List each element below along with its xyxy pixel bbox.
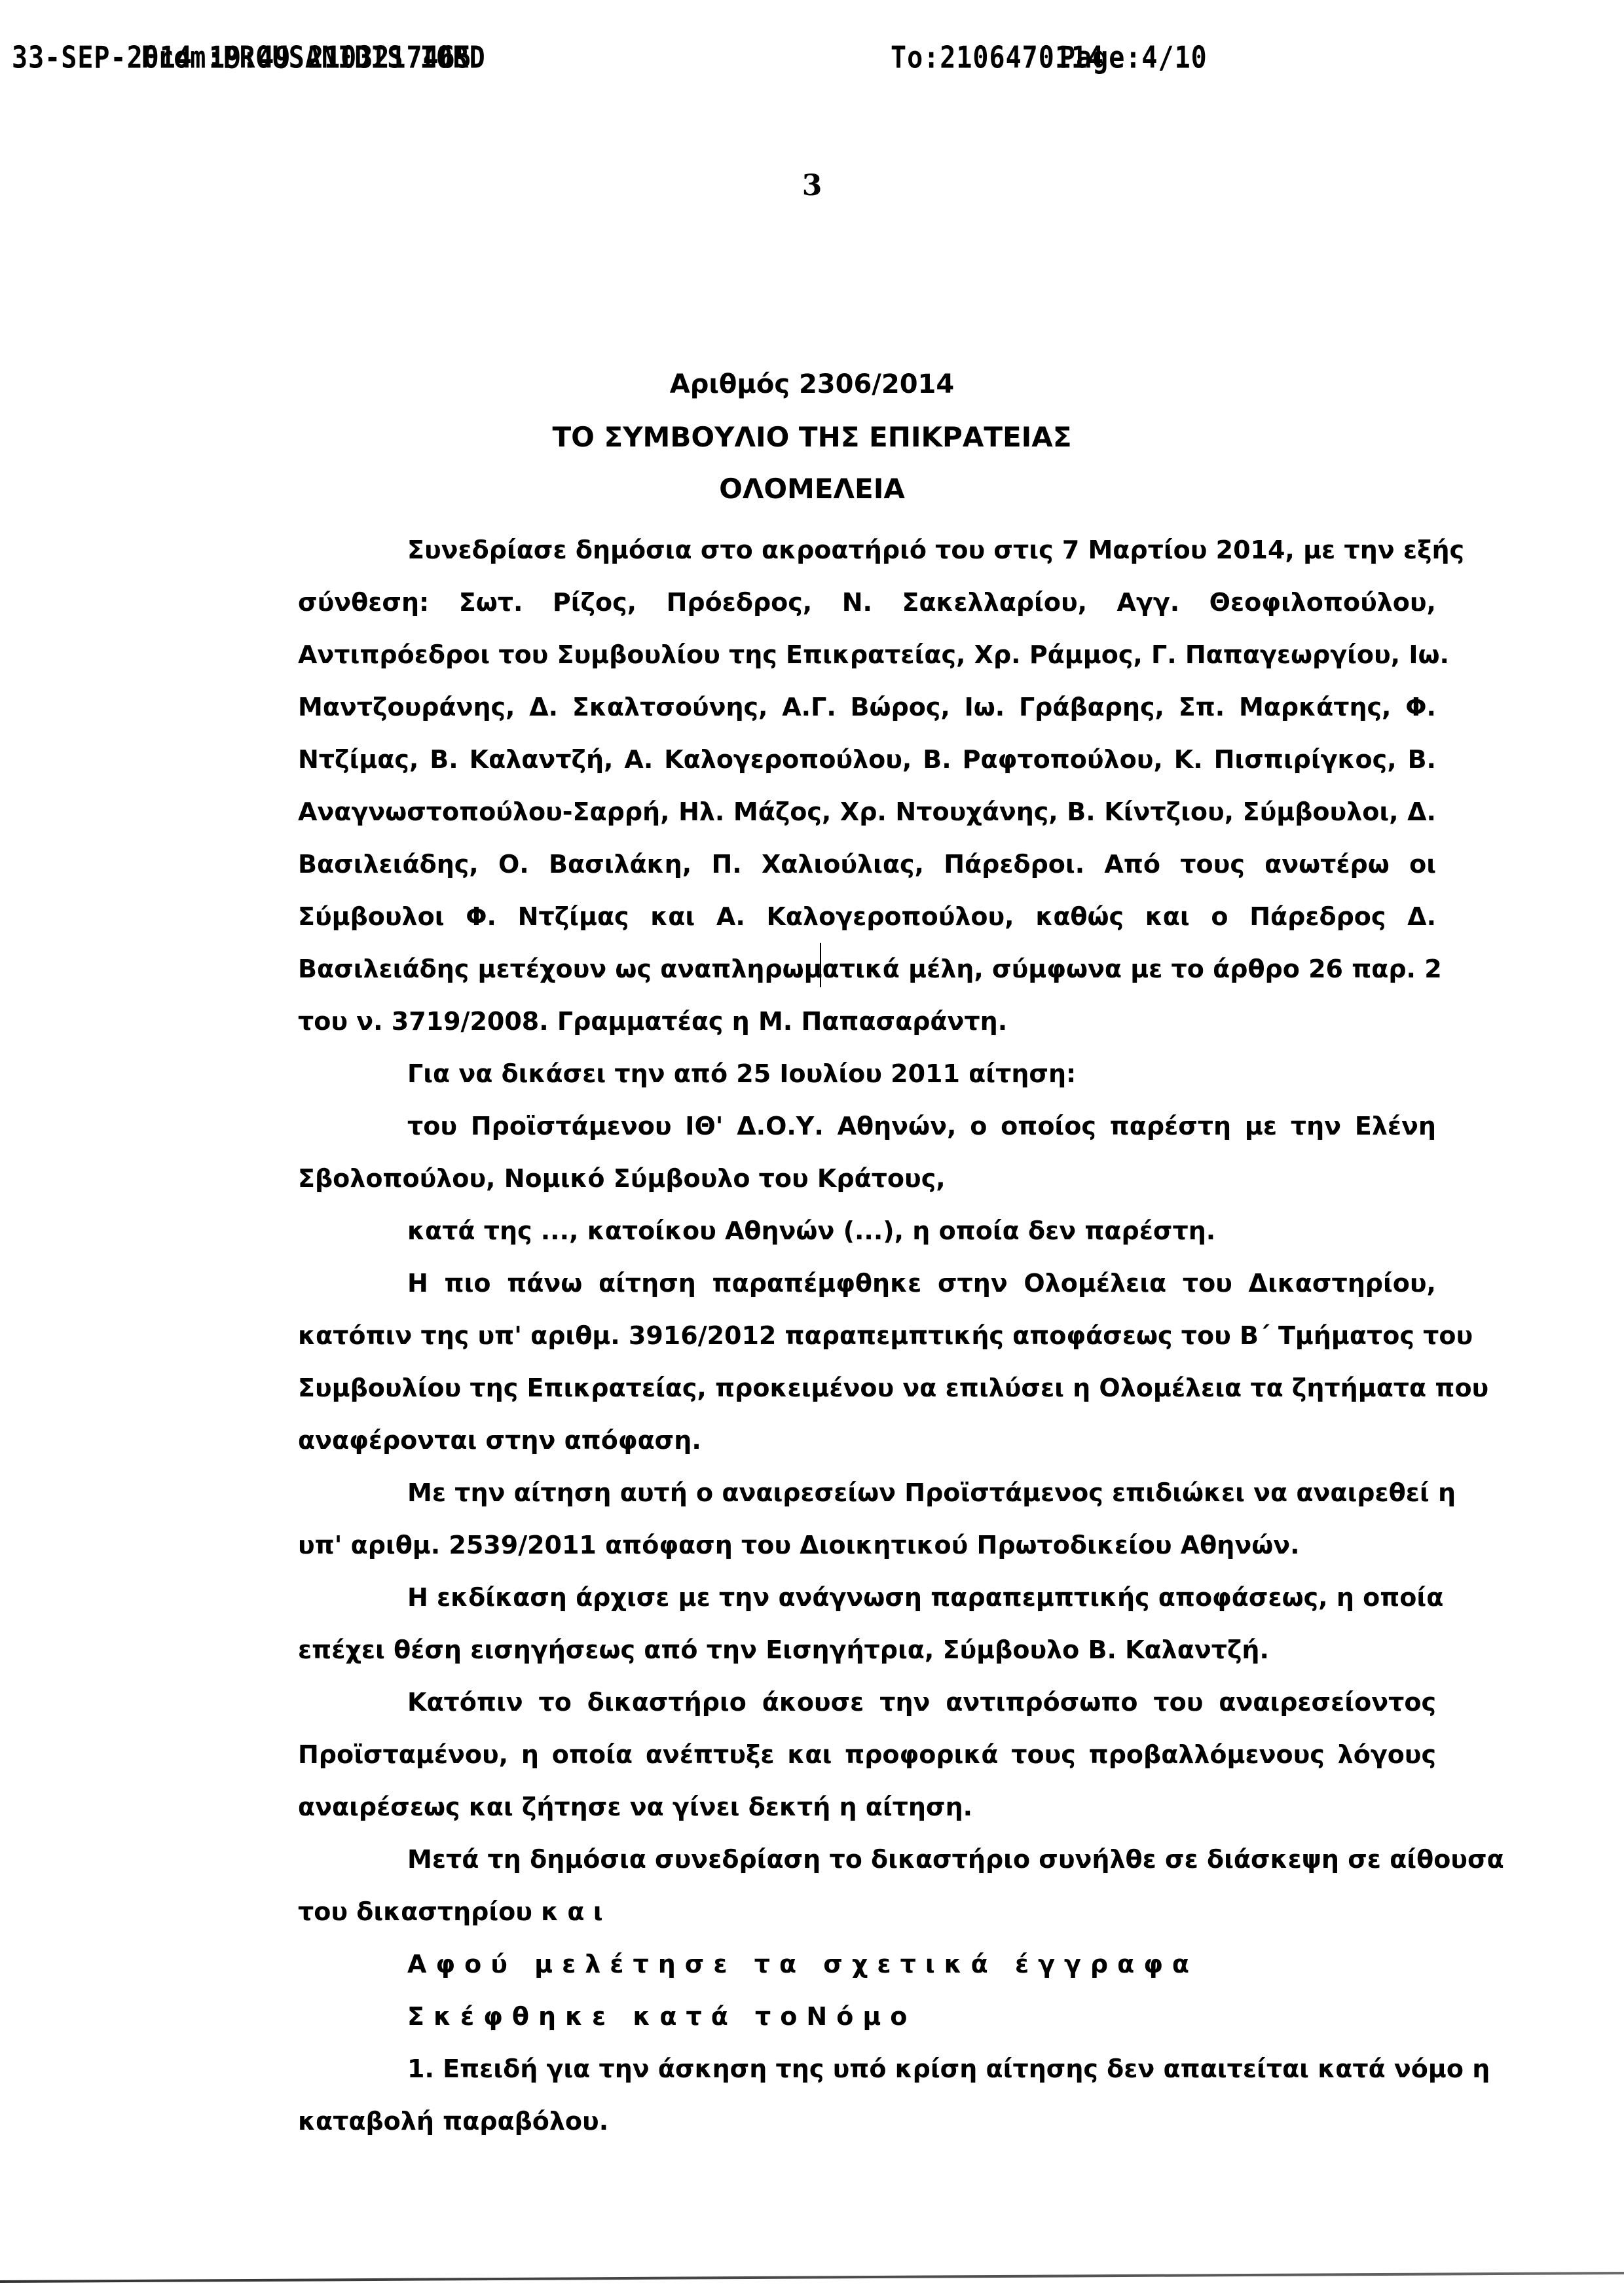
text-line: Αφού μελέτησε τα σχετικά έγγραφα xyxy=(298,1938,1436,1990)
text-line: Σκέφθηκε κατά τοΝόμο xyxy=(298,1990,1436,2043)
text-line: Συνεδρίασε δημόσια στο ακροατήριό του στ… xyxy=(298,524,1436,576)
text-line: του δικαστηρίου κ α ι xyxy=(298,1886,1436,1938)
fax-transmission-header: 33-SEP-2014 19:49 From:PROUSANIDIS IORD … xyxy=(0,41,1624,73)
text-line: Για να δικάσει την από 25 Ιουλίου 2011 α… xyxy=(298,1048,1436,1100)
text-line: Σύμβουλοι Φ. Ντζίμας και Α. Καλογεροπούλ… xyxy=(298,890,1436,943)
text-line: Αντιπρόεδροι του Συμβουλίου της Επικρατε… xyxy=(298,629,1436,681)
decision-body: Συνεδρίασε δημόσια στο ακροατήριό του στ… xyxy=(298,524,1436,2147)
text-line: Βασιλειάδης, Ο. Βασιλάκη, Π. Χαλιούλιας,… xyxy=(298,838,1436,890)
text-line: αναιρέσεως και ζήτησε να γίνει δεκτή η α… xyxy=(298,1781,1436,1833)
fax-sender-phone: 2103217465 xyxy=(308,41,472,75)
text-line: Συμβουλίου της Επικρατείας, προκειμένου … xyxy=(298,1362,1436,1414)
text-line: Η πιο πάνω αίτηση παραπέμφθηκε στην Ολομ… xyxy=(298,1257,1436,1309)
text-line: κατά της ..., κατοίκου Αθηνών (...), η ο… xyxy=(298,1205,1436,1257)
text-line: Ντζίμας, Β. Καλαντζή, Α. Καλογεροπούλου,… xyxy=(298,733,1436,786)
decision-number: Αριθμός 2306/2014 xyxy=(0,369,1624,399)
text-line: Προϊσταμένου, η οποία ανέπτυξε και προφο… xyxy=(298,1728,1436,1781)
court-formation: ΟΛΟΜΕΛΕΙΑ xyxy=(0,473,1624,505)
text-line: Μετά τη δημόσια συνεδρίαση το δικαστήριο… xyxy=(298,1833,1436,1886)
text-line: Σβολοπούλου, Νομικό Σύμβουλο του Κράτους… xyxy=(298,1152,1436,1205)
page-number: 3 xyxy=(0,169,1624,202)
court-name: ΤΟ ΣΥΜΒΟΥΛΙΟ ΤΗΣ ΕΠΙΚΡΑΤΕΙΑΣ xyxy=(0,421,1624,453)
text-line: υπ' αριθμ. 2539/2011 απόφαση του Διοικητ… xyxy=(298,1519,1436,1571)
text-line: Με την αίτηση αυτή ο αναιρεσείων Προϊστά… xyxy=(298,1467,1436,1519)
text-line: επέχει θέση εισηγήσεως από την Εισηγήτρι… xyxy=(298,1624,1436,1676)
text-line: του Προϊστάμενου ΙΘ' Δ.Ο.Υ. Αθηνών, ο οπ… xyxy=(298,1100,1436,1152)
text-line: Μαντζουράνης, Δ. Σκαλτσούνης, Α.Γ. Βώρος… xyxy=(298,681,1436,733)
text-line: κατόπιν της υπ' αριθμ. 3916/2012 παραπεμ… xyxy=(298,1309,1436,1362)
text-line: Αναγνωστοπούλου-Σαρρή, Ηλ. Μάζος, Χρ. Ντ… xyxy=(298,786,1436,838)
text-line: αναφέρονται στην απόφαση. xyxy=(298,1414,1436,1467)
text-line: Βασιλειάδης μετέχουν ως αναπληρωματικά μ… xyxy=(298,943,1436,995)
fax-page-count: Page:4/10 xyxy=(1060,41,1208,75)
text-line: Η εκδίκαση άρχισε με την ανάγνωση παραπε… xyxy=(298,1571,1436,1624)
text-line: καταβολή παραβόλου. xyxy=(298,2095,1436,2147)
text-line: Κατόπιν το δικαστήριο άκουσε την αντιπρό… xyxy=(298,1676,1436,1728)
scan-artifact-bottom-line xyxy=(0,2272,1624,2283)
text-line: 1. Επειδή για την άσκηση της υπό κρίση α… xyxy=(298,2043,1436,2095)
text-line: του ν. 3719/2008. Γραμματέας η Μ. Παπασα… xyxy=(298,995,1436,1048)
scan-artifact-mark xyxy=(820,943,821,987)
text-line: σύνθεση: Σωτ. Ρίζος, Πρόεδρος, Ν. Σακελλ… xyxy=(298,576,1436,629)
